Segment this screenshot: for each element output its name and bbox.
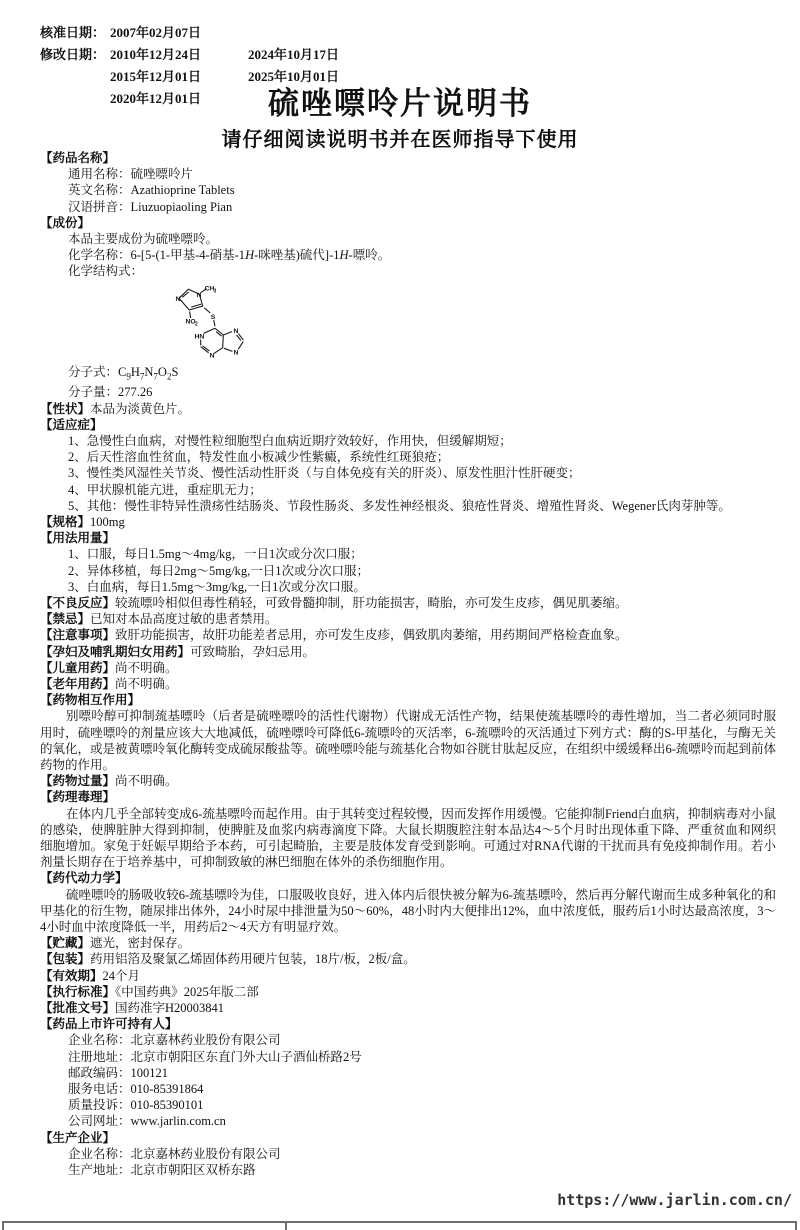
holder-postcode: 邮政编码：100121 bbox=[68, 1065, 776, 1081]
website-watermark: https://www.jarlin.com.cn/ bbox=[492, 1191, 792, 1209]
chemical-structure: CH 3 N N NO 2 S HN N N N bbox=[40, 280, 776, 364]
svg-text:N: N bbox=[210, 352, 215, 359]
approval-date-row: 核准日期： 2007年02月07日 bbox=[40, 22, 339, 44]
section-precautions: 【注意事项】致肝功能损害，故肝功能差者忌用，亦可发生皮疹，偶致肌肉萎缩，用药期间… bbox=[40, 627, 776, 643]
leaflet-body: 【药品名称】 通用名称：硫唑嘌呤片 英文名称：Azathioprine Tabl… bbox=[40, 150, 776, 1178]
section-pregnancy: 【孕妇及哺乳期妇女用药】可致畸胎，孕妇忌用。 bbox=[40, 644, 776, 660]
holder-complaint-phone: 质量投诉：010-85390101 bbox=[68, 1097, 776, 1113]
revision-date-value: 2010年12月24日 bbox=[110, 44, 248, 66]
section-head-indications: 【适应症】 bbox=[40, 417, 776, 433]
section-head-manufacturer: 【生产企业】 bbox=[40, 1130, 776, 1146]
indication-item: 4、甲状腺机能亢进，重症肌无力； bbox=[68, 482, 776, 498]
pharmtox-paragraph: 在体内几乎全部转变成6-巯基嘌呤而起作用。由于其转变过程较慢，因而发挥作用缓慢。… bbox=[40, 806, 776, 871]
bottom-table-divider bbox=[285, 1222, 287, 1230]
section-head-interactions: 【药物相互作用】 bbox=[40, 692, 776, 708]
svg-text:N: N bbox=[234, 328, 239, 335]
section-properties: 【性状】本品为淡黄色片。 bbox=[40, 401, 776, 417]
indication-item: 1、急慢性白血病，对慢性粒细胞型白血病近期疗效较好，作用快，但缓解期短； bbox=[68, 433, 776, 449]
manufacturer-company-name: 企业名称：北京嘉林药业股份有限公司 bbox=[68, 1146, 776, 1162]
section-overdose: 【药物过量】尚不明确。 bbox=[40, 773, 776, 789]
svg-text:HN: HN bbox=[195, 333, 205, 340]
section-head-composition: 【成份】 bbox=[40, 215, 776, 231]
dosage-item: 2、异体移植，每日2mg～5mg/kg,一日1次或分次口服； bbox=[68, 563, 776, 579]
holder-registered-address: 注册地址：北京市朝阳区东直门外大山子酒仙桥路2号 bbox=[68, 1049, 776, 1065]
section-adverse: 【不良反应】较巯嘌呤相似但毒性稍轻，可致骨髓抑制，肝功能损害，畸胎，亦可发生皮疹… bbox=[40, 595, 776, 611]
svg-text:S: S bbox=[211, 314, 216, 321]
manufacturer-address: 生产地址：北京市朝阳区双桥东路 bbox=[68, 1162, 776, 1178]
interactions-paragraph: 别嘌呤醇可抑制巯基嘌呤（后者是硫唑嘌呤的活性代谢物）代谢成无活性产物，结果使巯基… bbox=[40, 708, 776, 773]
section-head-name: 【药品名称】 bbox=[40, 150, 776, 166]
svg-text:3: 3 bbox=[214, 288, 217, 294]
dosage-item: 3、白血病，每日1.5mg～3mg/kg,一日1次或分次口服。 bbox=[68, 579, 776, 595]
pharmacokinetics-paragraph: 硫唑嘌呤的肠吸收较6-巯基嘌呤为佳，口服吸收良好，进入体内后很快被分解为6-巯基… bbox=[40, 887, 776, 936]
section-package: 【包装】药用铝箔及聚氯乙烯固体药用硬片包装，18片/板，2板/盒。 bbox=[40, 951, 776, 967]
holder-website: 公司网址：www.jarlin.com.cn bbox=[68, 1113, 776, 1129]
section-storage: 【贮藏】遮光，密封保存。 bbox=[40, 935, 776, 951]
revision-date-label: 修改日期： bbox=[40, 44, 110, 66]
svg-text:N: N bbox=[197, 292, 202, 299]
drug-leaflet-page: 核准日期： 2007年02月07日 修改日期： 2010年12月24日 2024… bbox=[0, 0, 800, 1230]
section-standard: 【执行标准】《中国药典》2025年版二部 bbox=[40, 984, 776, 1000]
svg-text:N: N bbox=[176, 296, 181, 303]
indication-item: 3、慢性类风湿性关节炎、慢性活动性肝炎（与自体免疫有关的肝炎）、原发性胆汁性肝硬… bbox=[68, 465, 776, 481]
section-head-dosage: 【用法用量】 bbox=[40, 530, 776, 546]
approval-date-value: 2007年02月07日 bbox=[110, 22, 248, 44]
svg-text:2: 2 bbox=[195, 321, 198, 327]
molecular-formula: 分子式：C9H7N7O2S bbox=[68, 364, 776, 385]
section-head-pharmtox: 【药理毒理】 bbox=[40, 789, 776, 805]
section-elderly: 【老年用药】尚不明确。 bbox=[40, 676, 776, 692]
bottom-table-border bbox=[2, 1221, 797, 1223]
section-contraindication: 【禁忌】已知对本品高度过敏的患者禁用。 bbox=[40, 611, 776, 627]
indication-item: 2、后天性溶血性贫血，特发性血小板减少性紫癜，系统性红斑狼疮； bbox=[68, 449, 776, 465]
page-title: 硫唑嘌呤片说明书 bbox=[0, 78, 800, 123]
section-head-pharmacokinetics: 【药代动力学】 bbox=[40, 870, 776, 886]
revision-date-row-1: 修改日期： 2010年12月24日 2024年10月17日 bbox=[40, 44, 339, 66]
svg-text:N: N bbox=[234, 349, 239, 356]
indication-item: 5、其他：慢性非特异性溃疡性结肠炎、节段性肠炎、多发性神经根炎、狼疮性肾炎、增殖… bbox=[68, 498, 776, 514]
bottom-table-divider bbox=[2, 1222, 4, 1230]
section-validity: 【有效期】24个月 bbox=[40, 968, 776, 984]
approval-date-label: 核准日期： bbox=[40, 22, 110, 44]
chemical-structure-icon: CH 3 N N NO 2 S HN N N N bbox=[175, 280, 267, 364]
generic-name: 通用名称：硫唑嘌呤片 bbox=[68, 166, 776, 182]
english-name: 英文名称：Azathioprine Tablets bbox=[68, 182, 776, 198]
molecular-weight: 分子量：277.26 bbox=[68, 384, 776, 400]
section-head-holder: 【药品上市许可持有人】 bbox=[40, 1016, 776, 1032]
revision-date-value: 2024年10月17日 bbox=[248, 44, 339, 66]
structure-label: 化学结构式： bbox=[68, 263, 776, 279]
holder-service-phone: 服务电话：010-85391864 bbox=[68, 1081, 776, 1097]
bottom-table-divider bbox=[795, 1222, 797, 1230]
composition-main: 本品主要成份为硫唑嘌呤。 bbox=[68, 231, 776, 247]
chemical-name: 化学名称：6-[5-(1-甲基-4-硝基-1H-咪唑基)硫代]-1H-嘌呤。 bbox=[68, 247, 776, 263]
section-spec: 【规格】100mg bbox=[40, 514, 776, 530]
section-approval-no: 【批准文号】国药准字H20003841 bbox=[40, 1000, 776, 1016]
section-children: 【儿童用药】尚不明确。 bbox=[40, 660, 776, 676]
dosage-item: 1、口服，每日1.5mg～4mg/kg，一日1次或分次口服； bbox=[68, 546, 776, 562]
holder-company-name: 企业名称：北京嘉林药业股份有限公司 bbox=[68, 1032, 776, 1048]
pinyin-name: 汉语拼音：Liuzuopiaoling Pian bbox=[68, 199, 776, 215]
page-subtitle: 请仔细阅读说明书并在医师指导下使用 bbox=[0, 123, 800, 152]
